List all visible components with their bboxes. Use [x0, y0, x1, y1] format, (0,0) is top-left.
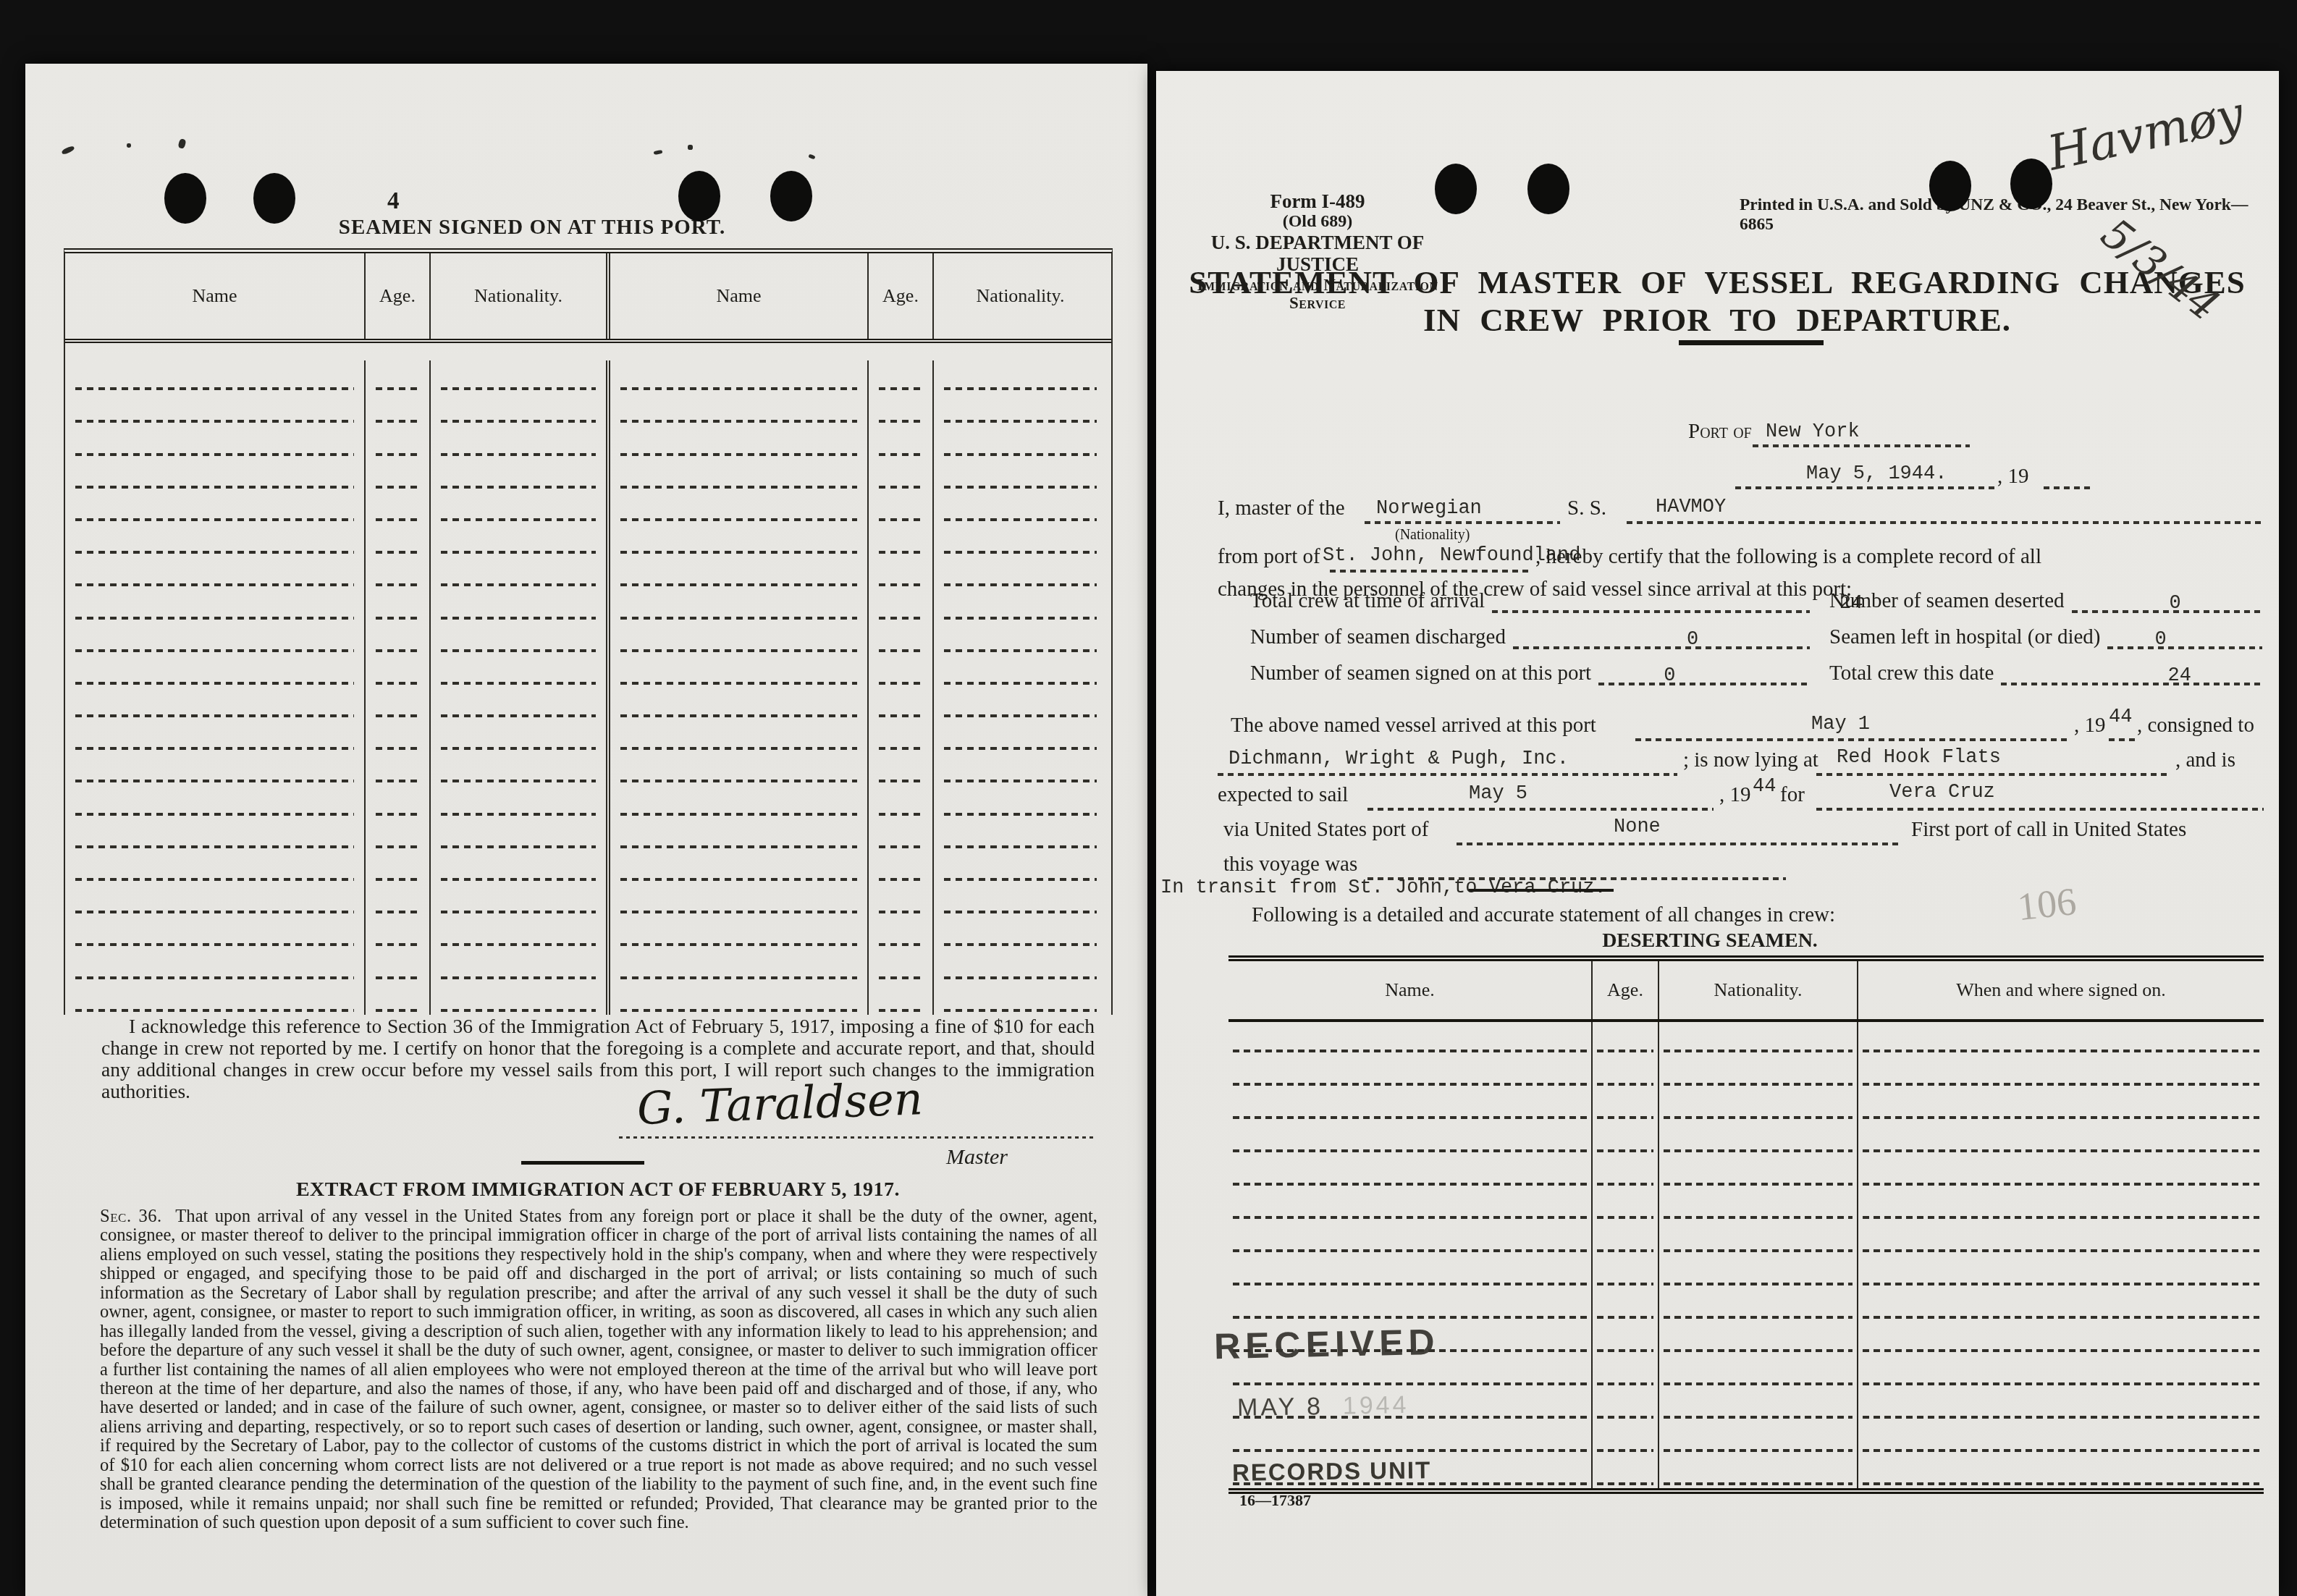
blank-dotted-line	[1664, 1449, 1853, 1452]
table-cell	[429, 622, 606, 655]
table-cell	[932, 393, 1107, 426]
table-cell	[1857, 1322, 2264, 1355]
table-cell	[364, 622, 429, 655]
table-cell	[1658, 1055, 1857, 1089]
table-cell	[1857, 1022, 2264, 1055]
ink-mark	[654, 150, 663, 155]
table-cell	[932, 720, 1107, 753]
blank-dotted-line	[1597, 1216, 1653, 1219]
blank-dotted-line	[620, 486, 857, 489]
seamen-table-rows	[65, 343, 1111, 1015]
table-row	[65, 884, 1111, 916]
stat-signed-on-at-port: Number of seamen signed on at this port …	[1250, 662, 1811, 691]
table-cell	[1857, 1055, 2264, 1089]
blank-dotted-line	[376, 845, 419, 848]
table-cell	[1228, 1122, 1591, 1155]
table-cell	[364, 459, 429, 491]
table-cell	[606, 360, 867, 393]
stat-label: Total crew at time of arrival	[1250, 589, 1485, 613]
punch-hole	[253, 173, 295, 224]
stat-label: Seamen left in hospital (or died)	[1829, 625, 2100, 649]
blank-dotted-line	[1597, 1382, 1653, 1385]
blank-dotted-line	[441, 551, 596, 554]
table-cell	[606, 819, 867, 851]
blank-dotted-line	[1863, 1349, 2259, 1352]
blank-dotted-line	[1863, 1149, 2259, 1152]
nationality-value: Norwegian	[1376, 498, 1482, 520]
blank-dotted-line	[944, 813, 1097, 816]
blank-dotted-line	[376, 486, 419, 489]
blank-dotted-line	[1233, 1149, 1587, 1152]
blank-dotted-line	[1233, 1083, 1587, 1086]
blank-dotted-line	[75, 747, 354, 750]
arrival-year-blank	[2109, 738, 2135, 741]
table-cell	[429, 426, 606, 458]
table-cell	[65, 949, 364, 981]
via-us-port-label: via United States port of	[1223, 818, 1429, 842]
table-row	[65, 753, 1111, 785]
table-cell	[606, 426, 867, 458]
blank-dotted-line	[944, 878, 1097, 881]
table-cell	[65, 655, 364, 688]
section-36-text: That upon arrival of any vessel in the U…	[100, 1207, 1097, 1532]
stat-label: Total crew this date	[1829, 662, 1994, 685]
table-cell	[867, 916, 932, 949]
blank-dotted-line	[1597, 1249, 1653, 1252]
table-cell	[364, 753, 429, 785]
table-cell	[364, 426, 429, 458]
stat-blank-line	[2001, 683, 2262, 685]
from-port-blank-line	[1330, 570, 1533, 573]
table-cell	[606, 557, 867, 589]
lying-at-value: Red Hook Flats	[1837, 747, 2001, 769]
table-row	[1228, 1155, 2264, 1188]
nationality-caption: (Nationality)	[1395, 527, 1470, 544]
table-cell	[429, 949, 606, 981]
blank-dotted-line	[441, 420, 596, 423]
blank-dotted-line	[879, 747, 922, 750]
blank-dotted-line	[1597, 1449, 1653, 1452]
year-19-label: , 19	[1997, 465, 2029, 489]
table-cell	[606, 884, 867, 916]
stat-blank-line	[2072, 610, 2262, 613]
blank-dotted-line	[620, 878, 857, 881]
blank-dotted-line	[1664, 1149, 1853, 1152]
blank-dotted-line	[376, 649, 419, 652]
ss-label: S. S.	[1567, 497, 1606, 520]
blank-dotted-line	[376, 714, 419, 717]
blank-dotted-line	[944, 911, 1097, 913]
table-cell	[867, 557, 932, 589]
table-cell	[932, 753, 1107, 785]
blank-dotted-line	[441, 486, 596, 489]
blank-dotted-line	[879, 714, 922, 717]
blank-dotted-line	[441, 813, 596, 816]
ink-mark	[61, 145, 75, 156]
table-cell	[429, 720, 606, 753]
table-cell	[429, 459, 606, 491]
table-cell	[65, 622, 364, 655]
page-number: 4	[387, 188, 400, 215]
stat-seamen-discharged: Number of seamen discharged 0	[1250, 625, 1811, 654]
blank-dotted-line	[376, 747, 419, 750]
certify-text-line1: , hereby certify that the following is a…	[1535, 545, 2041, 569]
blank-dotted-line	[75, 420, 354, 423]
column-header: Nationality.	[1658, 961, 1857, 1019]
table-cell	[932, 819, 1107, 851]
blank-dotted-line	[620, 813, 857, 816]
blank-dotted-line	[1863, 1216, 2259, 1219]
deserting-table-rows	[1228, 1022, 2264, 1494]
blank-dotted-line	[75, 878, 354, 881]
table-cell	[932, 785, 1107, 818]
table-row	[65, 949, 1111, 981]
blank-dotted-line	[75, 617, 354, 620]
stat-seamen-deserted: Number of seamen deserted 0	[1829, 589, 2264, 618]
blank-dotted-line	[1597, 1050, 1653, 1052]
date-blank-line	[1735, 486, 1994, 489]
blank-dotted-line	[441, 649, 596, 652]
blank-dotted-line	[75, 714, 354, 717]
table-cell	[364, 851, 429, 884]
punch-hole	[678, 171, 720, 221]
table-cell	[65, 851, 364, 884]
table-cell	[932, 426, 1107, 458]
blank-dotted-line	[620, 1009, 857, 1012]
stat-blank-line	[1513, 646, 1810, 649]
blank-dotted-line	[75, 649, 354, 652]
table-cell	[364, 360, 429, 393]
table-row	[65, 426, 1111, 458]
blank-dotted-line	[944, 845, 1097, 848]
blank-dotted-line	[1233, 1116, 1587, 1119]
table-cell	[1228, 1089, 1591, 1122]
table-cell	[364, 688, 429, 720]
consignee-value: Dichmann, Wright & Pugh, Inc.	[1228, 748, 1569, 770]
blank-dotted-line	[879, 911, 922, 913]
blank-dotted-line	[1863, 1283, 2259, 1285]
blank-dotted-line	[376, 583, 419, 586]
table-row	[65, 459, 1111, 491]
deserting-seamen-heading: DESERTING SEAMEN.	[1156, 929, 2264, 953]
signature-line	[619, 1136, 1093, 1139]
arrival-date-value: May 1	[1811, 714, 1870, 735]
punch-hole	[1929, 161, 1971, 211]
blank-dotted-line	[1863, 1083, 2259, 1086]
stat-value: 0	[2170, 593, 2181, 615]
ink-mark	[808, 154, 815, 160]
destination-value: Vera Cruz	[1889, 782, 1995, 803]
table-cell	[429, 491, 606, 524]
blank-dotted-line	[1664, 1116, 1853, 1119]
table-row	[65, 589, 1111, 622]
table-cell	[1228, 1155, 1591, 1188]
blank-dotted-line	[1664, 1316, 1853, 1319]
blank-dotted-line	[1664, 1249, 1853, 1252]
column-header: Name.	[1228, 961, 1591, 1019]
section-36-label: Sec. 36.	[100, 1207, 162, 1226]
table-row	[65, 785, 1111, 818]
blank-dotted-line	[1863, 1116, 2259, 1119]
blank-dotted-line	[620, 682, 857, 685]
blank-dotted-line	[376, 943, 419, 946]
table-cell	[606, 459, 867, 491]
blank-dotted-line	[1233, 1216, 1587, 1219]
sail-date-blank	[1367, 808, 1714, 811]
table-cell	[867, 655, 932, 688]
table-cell	[1658, 1255, 1857, 1288]
blank-dotted-line	[441, 878, 596, 881]
table-cell	[867, 720, 932, 753]
blank-dotted-line	[879, 845, 922, 848]
blank-dotted-line	[75, 976, 354, 979]
table-cell	[429, 884, 606, 916]
blank-dotted-line	[441, 714, 596, 717]
blank-dotted-line	[441, 943, 596, 946]
table-cell	[1658, 1322, 1857, 1355]
table-cell	[867, 819, 932, 851]
transit-note-typed: In transit from St. John,to Vera Cruz.	[1160, 877, 1606, 899]
blank-dotted-line	[1664, 1050, 1853, 1052]
blank-dotted-line	[944, 551, 1097, 554]
blank-dotted-line	[441, 780, 596, 782]
table-cell	[429, 916, 606, 949]
table-cell	[932, 688, 1107, 720]
blank-dotted-line	[441, 976, 596, 979]
table-cell	[606, 491, 867, 524]
blank-dotted-line	[1233, 1283, 1587, 1285]
table-cell	[65, 426, 364, 458]
table-cell	[429, 982, 606, 1015]
table-row	[65, 916, 1111, 949]
left-page: 4 SEAMEN SIGNED ON AT THIS PORT. Name Ag…	[25, 64, 1147, 1596]
received-stamp: RECEIVED	[1213, 1321, 1440, 1368]
blank-dotted-line	[441, 387, 596, 390]
table-cell	[932, 884, 1107, 916]
blank-dotted-line	[879, 486, 922, 489]
table-cell	[1658, 1455, 1857, 1488]
table-cell	[1857, 1089, 2264, 1122]
table-cell	[1658, 1022, 1857, 1055]
table-cell	[932, 655, 1107, 688]
table-cell	[1857, 1188, 2264, 1222]
table-cell	[1591, 1455, 1658, 1488]
table-cell	[364, 393, 429, 426]
table-cell	[1591, 1322, 1658, 1355]
table-row	[65, 557, 1111, 589]
table-cell	[867, 753, 932, 785]
blank-dotted-line	[441, 617, 596, 620]
stat-label: Number of seamen signed on at this port	[1250, 662, 1591, 685]
table-cell	[65, 459, 364, 491]
blank-dotted-line	[879, 649, 922, 652]
punch-hole	[770, 171, 812, 221]
blank-dotted-line	[376, 617, 419, 620]
title-underline	[1679, 340, 1824, 345]
blank-dotted-line	[376, 911, 419, 913]
table-cell	[65, 982, 364, 1015]
table-cell	[1228, 1255, 1591, 1288]
table-cell	[429, 524, 606, 557]
blank-dotted-line	[879, 551, 922, 554]
table-cell	[606, 393, 867, 426]
blank-dotted-line	[620, 453, 857, 456]
blank-dotted-line	[944, 649, 1097, 652]
vessel-blank-line	[1627, 521, 2264, 524]
blank-dotted-line	[879, 1009, 922, 1012]
table-cell	[65, 785, 364, 818]
column-header: Nationality.	[429, 253, 606, 339]
arrival-date-blank	[1635, 738, 2070, 741]
column-header: When and where signed on.	[1857, 961, 2264, 1019]
table-cell	[65, 491, 364, 524]
expected-to-sail-label: expected to sail	[1218, 783, 1348, 807]
blank-dotted-line	[75, 551, 354, 554]
stamp-year: 1944	[1342, 1391, 1409, 1420]
blank-dotted-line	[376, 813, 419, 816]
table-row	[65, 851, 1111, 884]
blank-dotted-line	[376, 420, 419, 423]
table-row	[1228, 1022, 2264, 1055]
blank-dotted-line	[1863, 1482, 2259, 1485]
blank-dotted-line	[879, 420, 922, 423]
blank-dotted-line	[944, 583, 1097, 586]
destination-blank	[1816, 808, 2264, 811]
port-of-label: Port of	[1688, 420, 1752, 444]
blank-dotted-line	[441, 682, 596, 685]
table-cell	[1228, 1288, 1591, 1322]
table-row	[1228, 1122, 2264, 1155]
table-cell	[867, 982, 932, 1015]
year-blank-line	[2044, 486, 2091, 489]
table-cell	[1857, 1422, 2264, 1455]
table-row	[65, 720, 1111, 753]
table-cell	[1591, 1355, 1658, 1388]
table-cell	[65, 589, 364, 622]
table-cell	[1857, 1222, 2264, 1255]
punch-hole	[1527, 164, 1569, 214]
table-row	[1228, 1089, 2264, 1122]
blank-dotted-line	[620, 780, 857, 782]
blank-dotted-line	[944, 780, 1097, 782]
table-row	[65, 982, 1111, 1015]
blank-dotted-line	[620, 911, 857, 913]
form-old-number: (Old 689)	[1176, 212, 1459, 232]
table-cell	[867, 851, 932, 884]
table-cell	[867, 491, 932, 524]
deserting-table-header: Name. Age. Nationality. When and where s…	[1228, 961, 2264, 1022]
blank-dotted-line	[1597, 1149, 1653, 1152]
table-cell	[606, 589, 867, 622]
table-cell	[1658, 1422, 1857, 1455]
table-cell	[65, 360, 364, 393]
blank-dotted-line	[620, 583, 857, 586]
table-cell	[1591, 1122, 1658, 1155]
table-cell	[606, 851, 867, 884]
table-cell	[932, 360, 1107, 393]
blank-dotted-line	[1597, 1482, 1653, 1485]
blank-dotted-line	[1664, 1083, 1853, 1086]
section-divider	[521, 1161, 644, 1165]
blank-dotted-line	[376, 551, 419, 554]
table-row	[1228, 1422, 2264, 1455]
sail-year-value: 44	[1753, 776, 1776, 798]
table-cell	[1228, 1188, 1591, 1222]
section-36-paragraph: Sec. 36. That upon arrival of any vessel…	[100, 1207, 1097, 1532]
table-cell	[932, 949, 1107, 981]
table-cell	[364, 785, 429, 818]
table-cell	[1658, 1288, 1857, 1322]
blank-dotted-line	[1863, 1382, 2259, 1385]
blank-dotted-line	[75, 943, 354, 946]
blank-dotted-line	[75, 387, 354, 390]
table-row	[65, 622, 1111, 655]
blank-dotted-line	[376, 682, 419, 685]
table-cell	[1591, 1255, 1658, 1288]
blank-dotted-line	[944, 486, 1097, 489]
blank-dotted-line	[75, 911, 354, 913]
blank-dotted-line	[75, 486, 354, 489]
table-cell	[1228, 1055, 1591, 1089]
table-cell	[1228, 1422, 1591, 1455]
blank-dotted-line	[1863, 1183, 2259, 1186]
blank-dotted-line	[1863, 1416, 2259, 1419]
blank-dotted-line	[620, 649, 857, 652]
table-cell	[364, 949, 429, 981]
received-date-stamp: MAY 8 1944	[1237, 1391, 1409, 1422]
this-voyage-was-label: this voyage was	[1223, 853, 1357, 877]
table-cell	[1591, 1022, 1658, 1055]
blank-dotted-line	[879, 387, 922, 390]
stat-blank-line	[1492, 610, 1810, 613]
blank-dotted-line	[1233, 1382, 1587, 1385]
blank-dotted-line	[441, 845, 596, 848]
blank-dotted-line	[1664, 1283, 1853, 1285]
table-cell	[429, 819, 606, 851]
table-cell	[429, 393, 606, 426]
table-cell	[932, 491, 1107, 524]
stat-label: Number of seamen discharged	[1250, 625, 1506, 649]
table-cell	[429, 688, 606, 720]
blank-dotted-line	[1664, 1382, 1853, 1385]
table-row	[65, 655, 1111, 688]
blank-dotted-line	[1664, 1416, 1853, 1419]
blank-dotted-line	[376, 976, 419, 979]
stat-value: 0	[2154, 629, 2166, 651]
table-cell	[364, 491, 429, 524]
table-cell	[364, 884, 429, 916]
stat-value: 24	[2167, 665, 2191, 687]
table-cell	[1857, 1255, 2264, 1288]
table-row	[65, 393, 1111, 426]
vessel-name-value: HAVMOY	[1656, 497, 1726, 518]
blank-dotted-line	[1597, 1349, 1653, 1352]
blank-dotted-line	[620, 943, 857, 946]
table-cell	[867, 785, 932, 818]
blank-dotted-line	[1863, 1449, 2259, 1452]
now-lying-at-label: ; is now lying at	[1683, 748, 1818, 772]
blank-dotted-line	[944, 518, 1097, 521]
table-row	[1228, 1188, 2264, 1222]
acknowledgment-paragraph: I acknowledge this reference to Section …	[101, 1016, 1095, 1102]
blank-dotted-line	[441, 911, 596, 913]
table-row	[1228, 1255, 2264, 1288]
sail-date-value: May 5	[1469, 783, 1527, 805]
blank-dotted-line	[1233, 1183, 1587, 1186]
column-header: Age.	[1591, 961, 1658, 1019]
from-port-label: from port of	[1218, 545, 1320, 569]
column-header: Age.	[867, 253, 932, 339]
